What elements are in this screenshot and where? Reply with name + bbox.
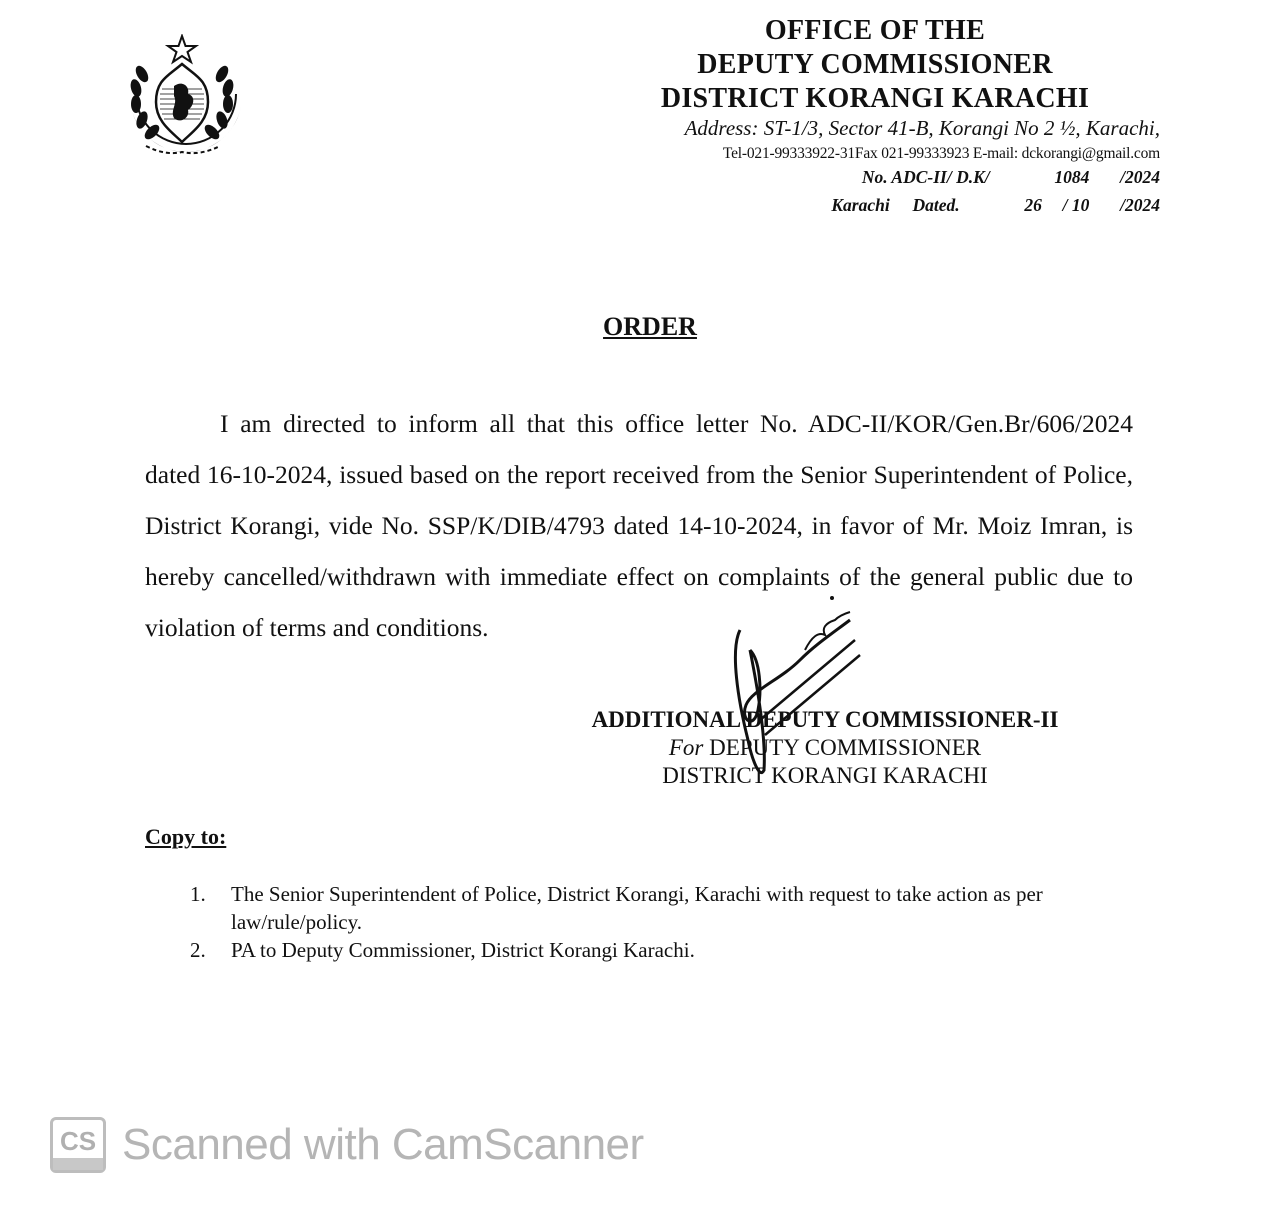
- office-line-1: OFFICE OF THE: [580, 14, 1170, 48]
- signatory-designation: ADDITIONAL DEPUTY COMMISSIONER-II: [560, 706, 1090, 734]
- office-line-3: DISTRICT KORANGI KARACHI: [580, 82, 1170, 116]
- date-year: /2024: [1120, 195, 1160, 216]
- signatory-district: DISTRICT KORANGI KARACHI: [560, 762, 1090, 790]
- reference-serial: 1084: [1054, 167, 1089, 188]
- copy-to-item: 1.The Senior Superintendent of Police, D…: [190, 880, 1090, 936]
- office-address: Address: ST-1/3, Sector 41-B, Korangi No…: [685, 116, 1160, 141]
- date-day: 26: [1024, 195, 1042, 216]
- order-title: ORDER: [0, 312, 1268, 342]
- order-body: I am directed to inform all that this of…: [145, 398, 1133, 653]
- camscanner-watermark: CS Scanned with CamScanner: [50, 1117, 644, 1173]
- for-prefix: For: [669, 735, 704, 760]
- item-number: 2.: [190, 936, 231, 964]
- copy-to-heading: Copy to:: [145, 824, 226, 850]
- item-number: 1.: [190, 880, 231, 936]
- camscanner-logo-icon: CS: [50, 1117, 106, 1173]
- document-date: Karachi Dated. 26 / 10 /2024: [831, 195, 1160, 216]
- reference-prefix: No. ADC-II/ D.K/: [862, 167, 990, 188]
- date-month: / 10: [1063, 195, 1090, 216]
- signatory-block: ADDITIONAL DEPUTY COMMISSIONER-II For DE…: [560, 706, 1090, 790]
- government-emblem-icon: [116, 34, 256, 174]
- date-place: Karachi: [831, 195, 889, 216]
- watermark-label: Scanned with CamScanner: [122, 1120, 644, 1170]
- reference-year: /2024: [1120, 167, 1160, 188]
- logo-text: CS: [53, 1126, 103, 1157]
- office-contact: Tel-021-99333922-31Fax 021-99333923 E-ma…: [723, 145, 1160, 163]
- office-line-2: DEPUTY COMMISSIONER: [580, 48, 1170, 82]
- office-header: OFFICE OF THE DEPUTY COMMISSIONER DISTRI…: [580, 14, 1170, 116]
- item-text: The Senior Superintendent of Police, Dis…: [231, 880, 1090, 936]
- date-label: Dated.: [912, 195, 959, 216]
- signatory-for-line: For DEPUTY COMMISSIONER: [560, 734, 1090, 762]
- item-text: PA to Deputy Commissioner, District Kora…: [231, 936, 695, 964]
- reference-number: No. ADC-II/ D.K/ 1084 /2024: [862, 167, 1160, 188]
- copy-to-list: 1.The Senior Superintendent of Police, D…: [190, 880, 1090, 964]
- for-office: DEPUTY COMMISSIONER: [709, 735, 981, 760]
- copy-to-item: 2.PA to Deputy Commissioner, District Ko…: [190, 936, 1090, 964]
